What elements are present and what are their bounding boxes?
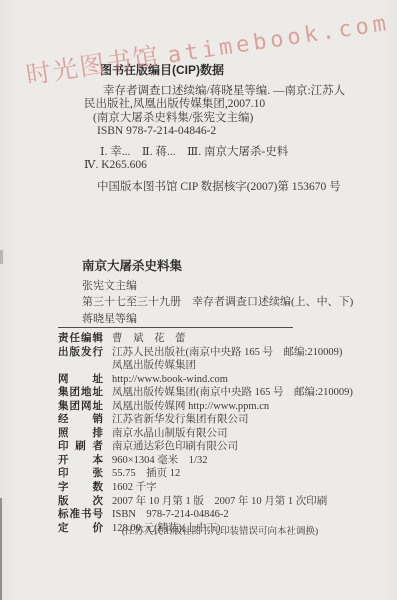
cip-series-note: (南京大屠杀史料集/张宪文主编) [93,112,345,126]
cip-entry-line2: 民出版社,凤凰出版传媒集团,2007.10 [84,98,345,112]
series-title-block: 南京大屠杀史料集 张宪文主编 第三十七至三十九册 幸存者调查口述续编(上、中、下… [82,258,353,327]
publication-details: 责任编辑曹 斌 花 蕾 出版发行江苏人民出版社(南京中央路 165 号 邮编:2… [58,332,353,535]
colophon-row: 照排南京水晶山制版有限公司 [58,427,353,441]
colophon-row: 印刷者南京通达彩色印刷有限公司 [58,440,353,454]
cip-isbn: ISBN 978-7-214-04846-2 [97,125,345,139]
row-value: 凤凰出版传媒集团(南京中央路 165 号 邮编:210009) [112,386,353,400]
cip-entry-line1: 幸存者调查口述续编/蒋晓星等编. —南京:江苏人 [103,85,345,99]
cip-classification-line2: Ⅳ. K265.606 [84,159,345,173]
row-label [58,359,103,373]
colophon-row: 出版发行江苏人民出版社(南京中央路 165 号 邮编:210009) [58,346,353,360]
row-value: 南京水晶山制版有限公司 [112,427,228,441]
row-label: 印刷者 [58,440,103,454]
cip-heading: 图书在版编目(CIP)数据 [100,64,345,78]
row-label: 责任编辑 [58,332,103,346]
series-editor: 张宪文主编 [82,278,353,295]
row-label: 照排 [58,427,103,441]
scan-edge-artifact [0,250,3,264]
row-value: 1602 千字 [112,481,157,495]
cip-classification-line1: Ⅰ. 幸... Ⅱ. 蒋... Ⅲ. 南京大屠杀-史料 [100,146,345,160]
row-value: 江苏人民出版社(南京中央路 165 号 邮编:210009) [112,346,342,360]
colophon-row: 集团地址凤凰出版传媒集团(南京中央路 165 号 邮编:210009) [58,386,353,400]
row-label: 版次 [58,495,103,509]
colophon-row: 标准书号ISBN 978-7-214-04846-2 [58,508,353,522]
row-label: 开本 [58,454,103,468]
row-label: 印张 [58,467,103,481]
scan-edge-artifact [0,498,2,600]
colophon-row: 版次2007 年 10 月第 1 版 2007 年 10 月第 1 次印刷 [58,495,353,509]
row-label: 集团地址 [58,386,103,400]
row-label: 字数 [58,481,103,495]
row-value: 凤凰出版传媒集团 [112,359,196,373]
row-value: 2007 年 10 月第 1 版 2007 年 10 月第 1 次印刷 [112,495,327,509]
colophon-row: 经销江苏省新华发行集团有限公司 [58,413,353,427]
row-value: 55.75 插页 12 [112,467,180,481]
row-value: 江苏省新华发行集团有限公司 [112,413,249,427]
row-value: http://www.book-wind.com [112,373,228,387]
colophon-row: 字数1602 千字 [58,481,353,495]
colophon-row: 凤凰出版传媒集团 [58,359,353,373]
row-value: 960×1304 毫米 1/32 [112,454,207,468]
row-value: 曹 斌 花 蕾 [112,332,186,346]
divider-line [58,327,293,328]
row-label: 经销 [58,413,103,427]
series-compilers: 蒋晓星等编 [82,311,353,328]
series-volume: 第三十七至三十九册 幸存者调查口述续编(上、中、下) [82,294,353,311]
row-label: 集团网址 [58,400,103,414]
row-value: 南京通达彩色印刷有限公司 [112,440,238,454]
exchange-notice: (江苏人民出版社图书凡印装错误可向本社调换) [98,523,342,537]
colophon-row: 责任编辑曹 斌 花 蕾 [58,332,353,346]
series-title: 南京大屠杀史料集 [82,258,353,275]
row-value: 凤凰出版传媒网 http://www.ppm.cn [112,400,269,414]
row-label: 出版发行 [58,346,103,360]
cip-data-block: 图书在版编目(CIP)数据 幸存者调查口述续编/蒋晓星等编. —南京:江苏人 民… [84,64,345,194]
row-label: 定价 [58,522,103,536]
colophon-row: 印张55.75 插页 12 [58,467,353,481]
colophon-row: 集团网址凤凰出版传媒网 http://www.ppm.cn [58,400,353,414]
row-value: ISBN 978-7-214-04846-2 [112,508,229,522]
colophon-row: 开本960×1304 毫米 1/32 [58,454,353,468]
colophon-row: 网址http://www.book-wind.com [58,373,353,387]
row-label: 标准书号 [58,508,103,522]
cip-record-number: 中国版本图书馆 CIP 数据核字(2007)第 153670 号 [97,181,345,195]
row-label: 网址 [58,373,103,387]
